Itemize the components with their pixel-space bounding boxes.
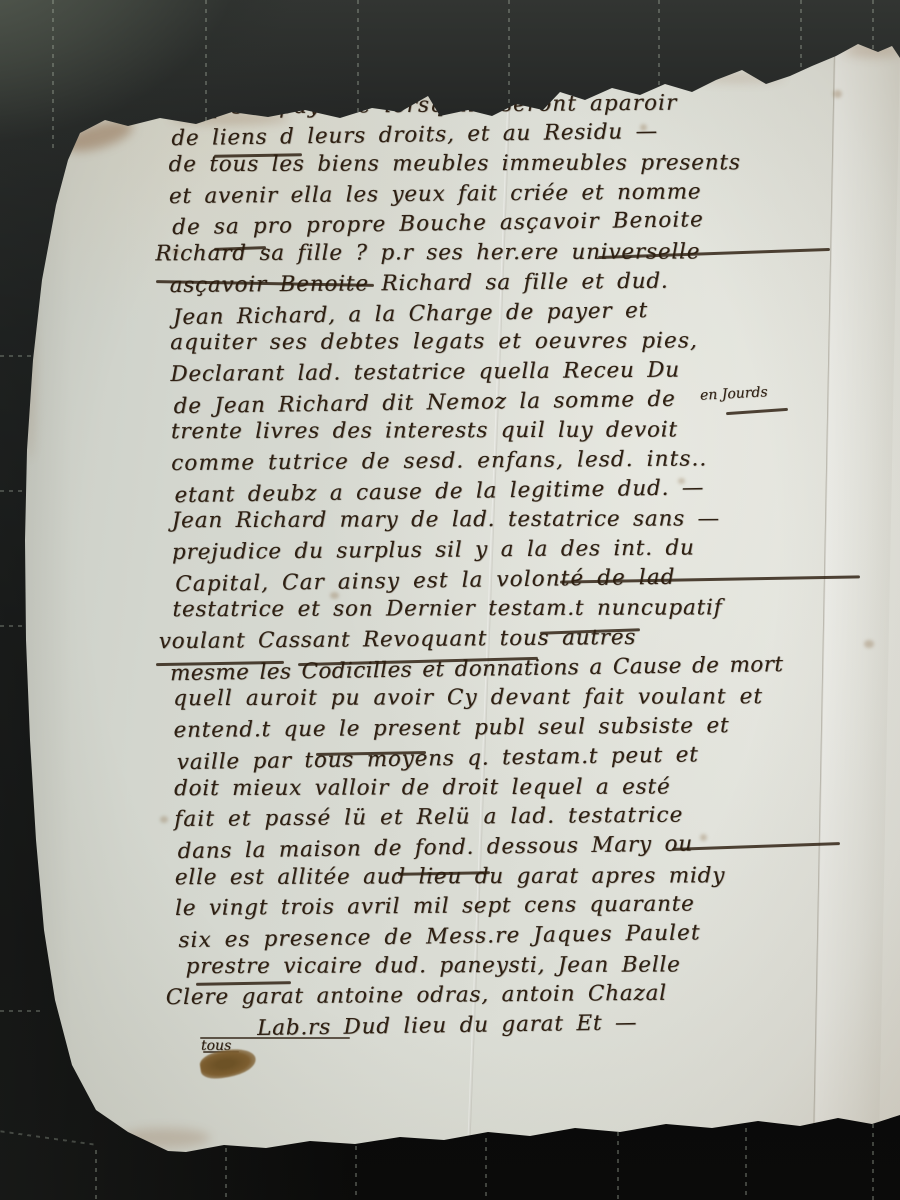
table-seam-line bbox=[485, 1138, 487, 1200]
ink-underline bbox=[200, 1037, 350, 1039]
table-seam-line bbox=[617, 1132, 619, 1200]
table-seam-line bbox=[357, 0, 359, 130]
table-seam-line bbox=[355, 1146, 357, 1200]
manuscript-page: Et pretendans a ses hoiries au Chacun — … bbox=[0, 0, 900, 1200]
table-seam-line bbox=[95, 1150, 97, 1200]
table-seam-line bbox=[225, 1148, 227, 1200]
table-seam-line bbox=[0, 1010, 44, 1012]
table-seam-line bbox=[658, 0, 660, 100]
manuscript-line: aquiter ses debtes legats et oeuvres pie… bbox=[170, 328, 870, 360]
handwritten-text: Et pretendans a ses hoiries au Chacun — … bbox=[168, 59, 877, 1045]
foxing-spot bbox=[160, 816, 168, 823]
manuscript-line: testatrice et son Dernier testam.t nuncu… bbox=[172, 595, 872, 627]
manuscript-line: prestre vicaire dud. paneysti, Jean Bell… bbox=[186, 951, 876, 983]
table-seam-line bbox=[205, 0, 207, 140]
table-seam-line bbox=[745, 1128, 747, 1200]
table-seam-line bbox=[872, 1124, 874, 1200]
table-seam-line bbox=[800, 0, 802, 80]
table-seam-line bbox=[52, 0, 54, 150]
manuscript-line: elle est allitée aud lieu du garat apres… bbox=[175, 862, 875, 894]
manuscript-line: Richard sa fille ? p.r ses her.ere unive… bbox=[155, 239, 869, 271]
manuscript-line: doit mieux valloir de droit lequel a est… bbox=[174, 773, 874, 805]
table-seam-line bbox=[0, 625, 28, 627]
manuscript-line: Jean Richard mary de lad. testatrice san… bbox=[172, 506, 872, 538]
table-seam-line bbox=[508, 0, 510, 115]
manuscript-line: quell auroit pu avoir Cy devant fait vou… bbox=[173, 684, 873, 716]
table-seam-line bbox=[0, 490, 30, 492]
manuscript-photo: Et pretendans a ses hoiries au Chacun — … bbox=[0, 0, 900, 1200]
table-seam-line bbox=[0, 355, 34, 357]
manuscript-line: trente livres des interests quil luy dev… bbox=[171, 417, 871, 449]
